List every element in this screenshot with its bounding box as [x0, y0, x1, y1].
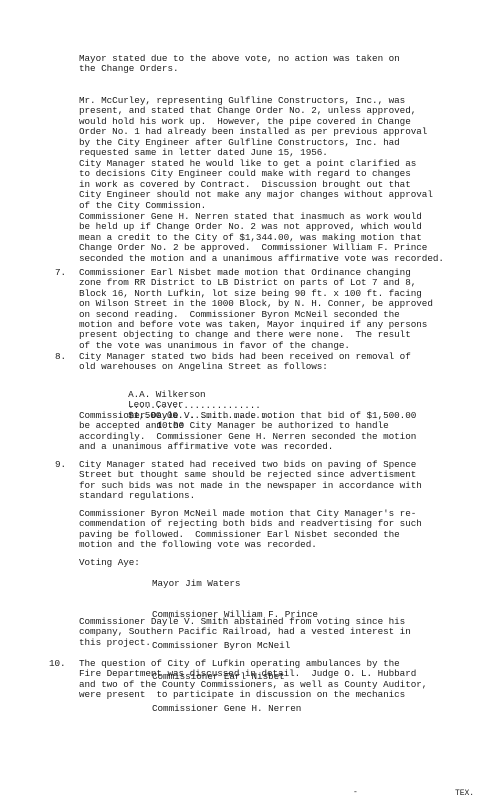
item-number-8: 8. — [55, 352, 66, 362]
paragraph-mccurley: Mr. McCurley, representing Gulfline Cons… — [79, 96, 479, 158]
voter: Commissioner Gene H. Nerren — [152, 704, 318, 714]
footer-center-mark: - — [353, 788, 358, 798]
item-number-7: 7. — [55, 268, 66, 278]
paragraph-abstention: Commissioner Dayle V. Smith abstained fr… — [79, 617, 479, 648]
paragraph-city-manager-clarify: City Manager stated he would like to get… — [79, 159, 479, 211]
item-number-9: 9. — [55, 460, 66, 470]
paragraph-nerren-motion: Commissioner Gene H. Nerren stated that … — [79, 212, 479, 264]
document-page: Mayor stated due to the above vote, no a… — [0, 0, 485, 800]
bidder-name: Leon Caver — [128, 399, 183, 410]
voting-aye-label: Voting Aye: — [79, 558, 140, 568]
item-10-text: The question of City of Lufkin operating… — [79, 659, 427, 701]
item-9-text: City Manager stated had received two bid… — [79, 460, 422, 502]
item-7-text: Commissioner Earl Nisbet made motion tha… — [79, 268, 433, 351]
footer-right-mark: TEX. — [455, 789, 474, 799]
voter: Mayor Jim Waters — [152, 579, 318, 589]
paragraph-paving-motion: Commissioner Byron McNeil made motion th… — [79, 509, 479, 551]
paragraph-bid-motion: Commissioner Dayle V. Smith made motion … — [79, 411, 479, 453]
paragraph-no-action: Mayor stated due to the above vote, no a… — [79, 54, 479, 75]
item-8-text: City Manager stated two bids had been re… — [79, 352, 411, 373]
item-number-10: 10. — [49, 659, 66, 669]
